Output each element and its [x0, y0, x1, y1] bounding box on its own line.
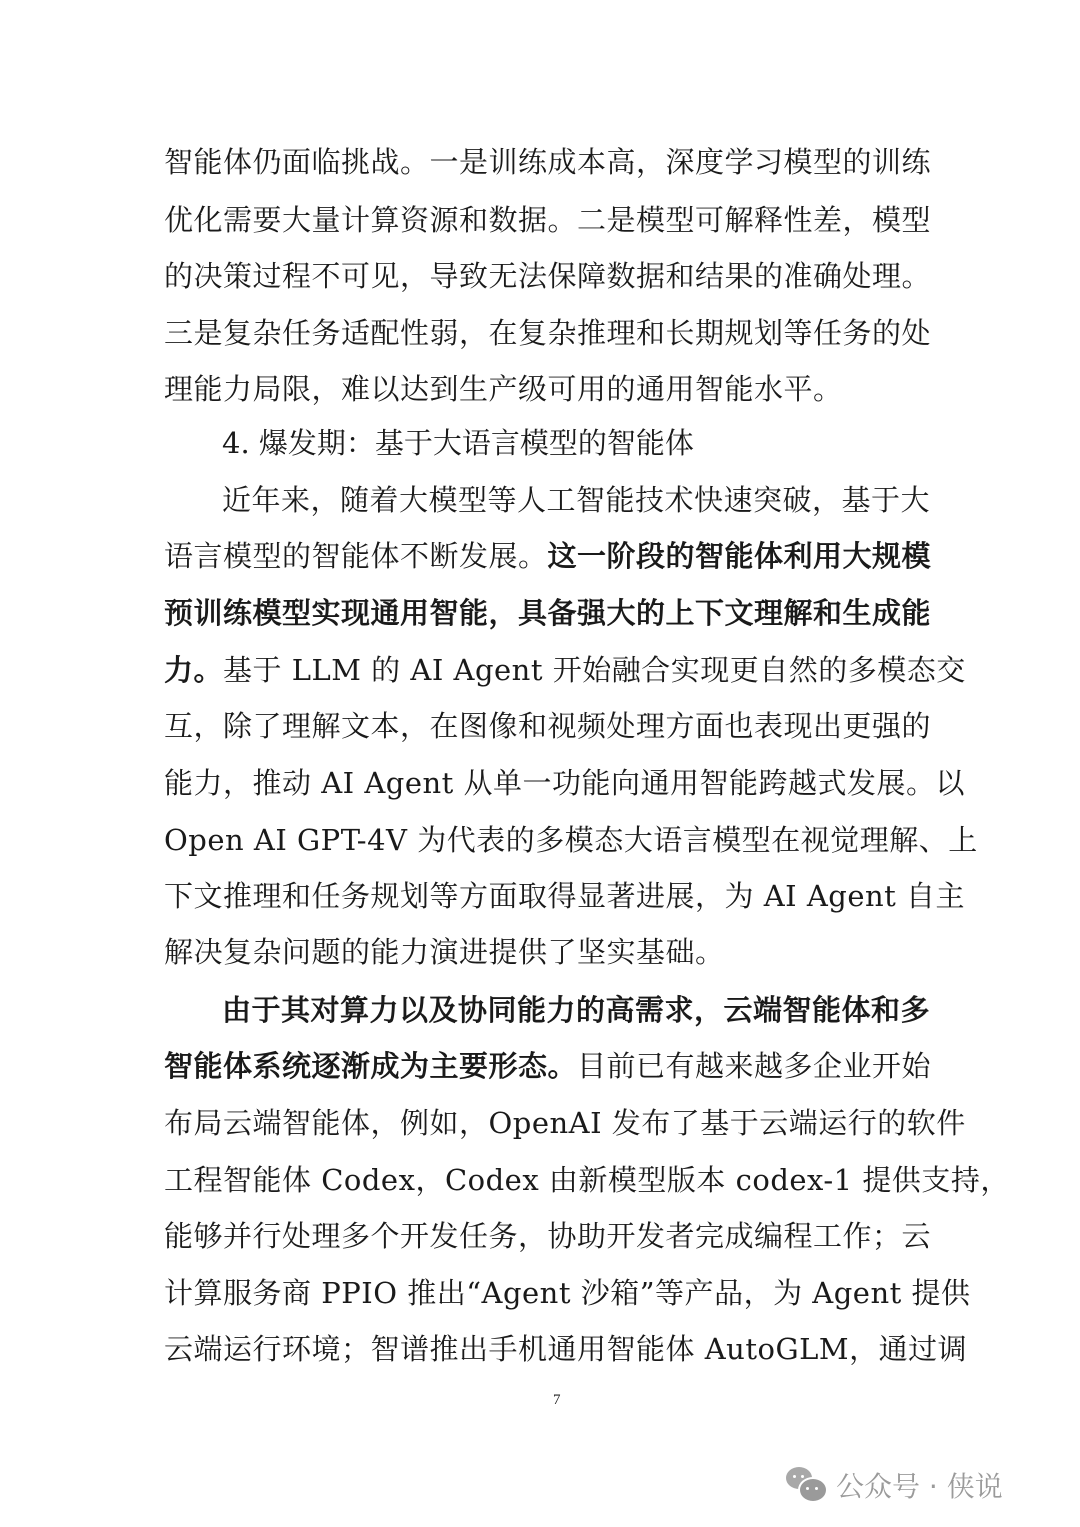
- watermark-text: 公众号 · 侠说: [836, 1465, 1003, 1505]
- bold-text-line: 预训练模型实现通用智能，具备强大的上下文理解和生成能: [164, 593, 916, 633]
- normal-text: 语言模型的智能体不断发展。: [164, 539, 548, 573]
- bold-text: 这一阶段的智能体利用大规模: [548, 539, 932, 573]
- bold-text: 力。: [164, 653, 223, 687]
- paragraph-line: 理能力局限，难以达到生产级可用的通用智能水平。: [164, 369, 916, 409]
- paragraph-line: 下文推理和任务规划等方面取得显著进展，为 AI Agent 自主: [164, 876, 916, 916]
- paragraph-line: 能够并行处理多个开发任务，协助开发者完成编程工作；云: [164, 1216, 916, 1256]
- paragraph-line: 云端运行环境；智谱推出手机通用智能体 AutoGLM，通过调: [164, 1329, 916, 1369]
- bold-text-line: 由于其对算力以及协同能力的高需求，云端智能体和多: [222, 990, 916, 1030]
- paragraph-line: Open AI GPT-4V 为代表的多模态大语言模型在视觉理解、上: [164, 820, 916, 860]
- page-number: 7: [553, 1392, 561, 1409]
- paragraph-line: 三是复杂任务适配性弱，在复杂推理和长期规划等任务的处: [164, 313, 916, 353]
- normal-text: 基于 LLM 的 AI Agent 开始融合实现更自然的多模态交: [223, 653, 966, 687]
- watermark: 公众号 · 侠说: [786, 1465, 1003, 1505]
- paragraph-line: 近年来，随着大模型等人工智能技术快速突破，基于大: [222, 480, 916, 520]
- paragraph-line: 互，除了理解文本，在图像和视频处理方面也表现出更强的: [164, 706, 916, 746]
- paragraph-line: 工程智能体 Codex，Codex 由新模型版本 codex-1 提供支持，: [164, 1160, 916, 1200]
- paragraph-line: 力。基于 LLM 的 AI Agent 开始融合实现更自然的多模态交: [164, 650, 916, 690]
- paragraph-line: 的决策过程不可见，导致无法保障数据和结果的准确处理。: [164, 256, 916, 296]
- paragraph-line: 布局云端智能体，例如，OpenAI 发布了基于云端运行的软件: [164, 1103, 916, 1143]
- paragraph-line: 智能体系统逐渐成为主要形态。目前已有越来越多企业开始: [164, 1046, 916, 1086]
- paragraph-line: 计算服务商 PPIO 推出“Agent 沙箱”等产品，为 Agent 提供: [164, 1273, 916, 1313]
- paragraph-line: 优化需要大量计算资源和数据。二是模型可解释性差，模型: [164, 200, 916, 240]
- bold-text: 智能体系统逐渐成为主要形态。: [164, 1049, 577, 1083]
- document-page: 智能体仍面临挑战。一是训练成本高，深度学习模型的训练 优化需要大量计算资源和数据…: [0, 0, 1080, 1527]
- paragraph-line: 智能体仍面临挑战。一是训练成本高，深度学习模型的训练: [164, 142, 916, 182]
- section-heading: 4. 爆发期：基于大语言模型的智能体: [222, 423, 694, 463]
- paragraph-line: 解决复杂问题的能力演进提供了坚实基础。: [164, 932, 916, 972]
- normal-text: 目前已有越来越多企业开始: [577, 1049, 931, 1083]
- paragraph-line: 能力，推动 AI Agent 从单一功能向通用智能跨越式发展。以: [164, 763, 916, 803]
- wechat-icon: [786, 1467, 826, 1503]
- paragraph-line: 语言模型的智能体不断发展。这一阶段的智能体利用大规模: [164, 536, 916, 576]
